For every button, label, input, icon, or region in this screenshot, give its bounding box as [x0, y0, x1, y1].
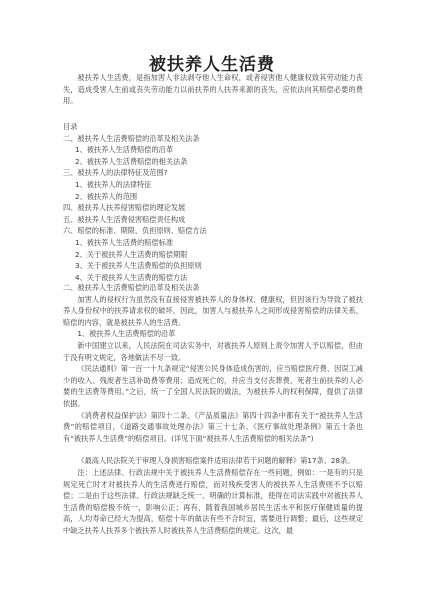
toc-item[interactable]: 1、被扶养人生活费赔偿的沿革: [63, 144, 363, 156]
toc-item[interactable]: 二、被扶养人生活费赔偿的沿革及相关法条: [63, 133, 363, 145]
document-page: 被扶养人生活费 被扶养人生活费，是指加害人非法剥夺他人生命权，或者侵害他人健康权…: [0, 0, 424, 600]
toc-item[interactable]: 四、被扶养人扶养侵害赔偿的理论发展: [63, 202, 363, 214]
intro-block: 被扶养人生活费，是指加害人非法剥夺他人生命权，或者侵害他人健康权致其劳动能力丧失…: [63, 72, 363, 107]
section-paragraph: 《最高人民法院关于审理人身损害赔偿案件适用法律若干问题的解释》第17条、28条。: [63, 455, 363, 467]
toc-item[interactable]: 2、被扶养人生活费赔偿的相关法条: [63, 156, 363, 168]
toc-item[interactable]: 六、赔偿的标准、期限、负担原则、赔偿方法: [63, 225, 363, 237]
section-paragraph: 新中国建立以来，人民法院在司法实务中，对被扶养人原则上责令加害人予以赔偿，但由于…: [63, 340, 363, 363]
section-paragraph: 加害人的侵权行为虽然没有直接侵害被扶养人的身体权、健康权，但因该行为导致了被扶养…: [63, 294, 363, 329]
note-paragraph: 注：上述法律、行政法规中关于被扶养人生活费赔偿存在一些问题，例如：一是有的只是规…: [63, 467, 363, 537]
toc-item[interactable]: 1、被扶养人的法律特征: [63, 179, 363, 191]
toc-item[interactable]: 2、关于被扶养人生活费的赔偿期限: [63, 249, 363, 261]
toc-item[interactable]: 1、被扶养人生活费的赔偿标准: [63, 237, 363, 249]
table-of-contents: 目录 二、被扶养人生活费赔偿的沿革及相关法条 1、被扶养人生活费赔偿的沿革 2、…: [63, 121, 363, 283]
section-2: 二、被扶养人生活费赔偿的沿革及相关法条 加害人的侵权行为虽然没有直接侵害被扶养人…: [63, 282, 363, 536]
section-paragraph: 《民法通则》第一百一十九条规定“侵害公民身体造成伤害的，应当赔偿医疗费、因误工减…: [63, 363, 363, 409]
toc-heading: 目录: [63, 121, 363, 133]
toc-item[interactable]: 2、被扶养人的范围: [63, 191, 363, 203]
toc-item[interactable]: 3、关于被扶养人生活费赔偿的负担原则: [63, 260, 363, 272]
section-paragraph: 《消费者权益保护法》第四十二条、《产品质量法》第四十四条中都有关于“被扶养人生活…: [63, 410, 363, 445]
intro-paragraph: 被扶养人生活费，是指加害人非法剥夺他人生命权，或者侵害他人健康权致其劳动能力丧失…: [63, 72, 363, 107]
toc-item[interactable]: 三、被扶养人的法律特征及范围?: [63, 167, 363, 179]
toc-item[interactable]: 五、被扶养人生活费侵害赔偿责任构成: [63, 214, 363, 226]
section-heading: 二、被扶养人生活费赔偿的沿革及相关法条: [63, 282, 363, 294]
subsection-heading: 1、被扶养人生活费赔偿的沿革: [63, 328, 363, 340]
paragraph-gap: [63, 444, 363, 455]
